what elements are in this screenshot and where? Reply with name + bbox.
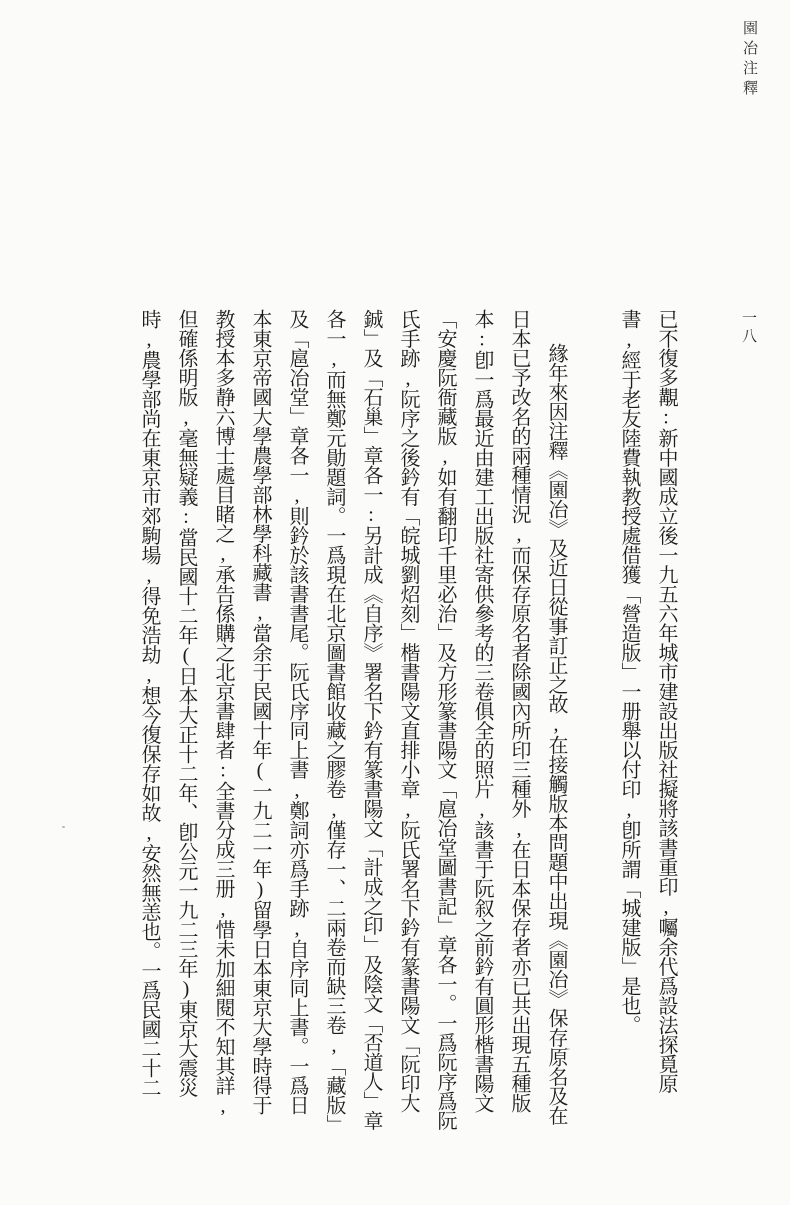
scan-speck — [62, 826, 65, 828]
page-number: 一八 — [738, 310, 759, 346]
main-text-block: 已不復多覯:新中國成立後一九五六年城市建設出版社擬將該書重印,囑余代爲設法探覓原… — [122, 309, 684, 1131]
paragraph-continuation: 已不復多覯:新中國成立後一九五六年城市建設出版社擬將該書重印,囑余代爲設法探覓原… — [610, 309, 684, 1131]
scan-speck — [566, 1048, 570, 1050]
book-page: 園冶注釋 一八 已不復多覯:新中國成立後一九五六年城市建設出版社擬將該書重印,囑… — [0, 0, 790, 1205]
paragraph-new: 緣年來因注釋《園冶》及近日從事訂正之故,在接觸版本問題中出現《園冶》保存原名及在… — [130, 309, 574, 1131]
running-header-title: 園冶注釋 — [739, 20, 760, 100]
